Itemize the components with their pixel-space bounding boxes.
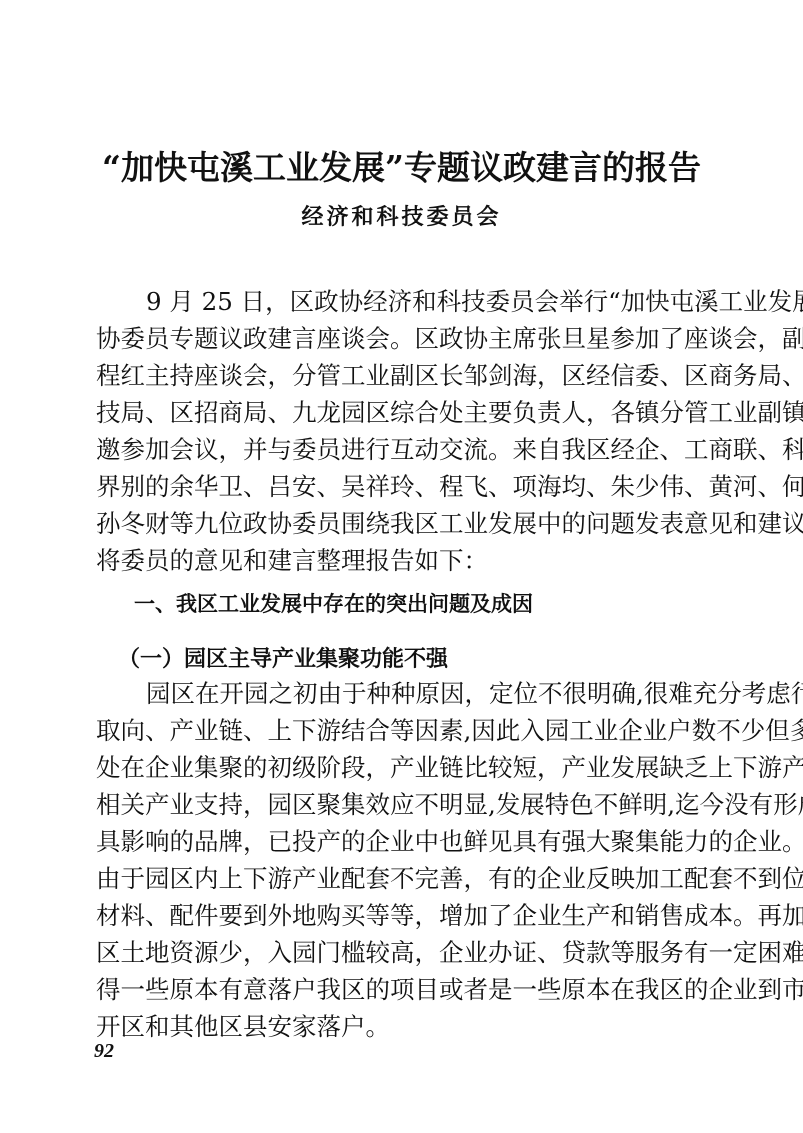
paragraph-line: 邀参加会议，并与委员进行互动交流。来自我区经企、工商联、科技等: [96, 435, 708, 465]
paragraph-line: 开区和其他区县安家落户。: [96, 1012, 708, 1042]
paragraph-line: 孙冬财等九位政协委员围绕我区工业发展中的问题发表意见和建议。现: [96, 509, 708, 539]
paragraph-line: 相关产业支持，园区聚集效应不明显,发展特色不鲜明,迄今没有形成极: [96, 790, 708, 820]
paragraph-line: 程红主持座谈会，分管工业副区长邹剑海，区经信委、区商务局、区科: [96, 361, 708, 391]
paragraph-line: 界别的余华卫、吕安、吴祥玲、程飞、项海均、朱少伟、黄河、何平洲、: [96, 472, 708, 502]
paragraph-line: 具影响的品牌，已投产的企业中也鲜见具有强大聚集能力的企业。同时，: [96, 827, 708, 857]
paragraph-line: 园区在开园之初由于种种原因，定位不很明确,很难充分考虑行业: [146, 679, 708, 709]
section-heading: 一、我区工业发展中存在的突出问题及成因: [134, 588, 533, 618]
paragraph-line: 材料、配件要到外地购买等等，增加了企业生产和销售成本。再加上园: [96, 901, 708, 931]
paragraph-line: 由于园区内上下游产业配套不完善，有的企业反映加工配套不到位，原: [96, 864, 708, 894]
paragraph-line: 取向、产业链、上下游结合等因素,因此入园工业企业户数不少但多还: [96, 716, 708, 746]
document-title: “加快屯溪工业发展”专题议政建言的报告: [0, 142, 803, 189]
paragraph-line: 得一些原本有意落户我区的项目或者是一些原本在我区的企业到市经: [96, 975, 708, 1005]
paragraph-line: 9 月 25 日，区政协经济和科技委员会举行“加快屯溪工业发展”政: [146, 287, 708, 317]
document-subtitle: 经济和科技委员会: [0, 200, 803, 231]
paragraph-line: 处在企业集聚的初级阶段，产业链比较短，产业发展缺乏上下游产业和: [96, 753, 708, 783]
paragraph-line: 协委员专题议政建言座谈会。区政协主席张旦星参加了座谈会，副主席: [96, 324, 708, 354]
paragraph-line: 区土地资源少，入园门槛较高，企业办证、贷款等服务有一定困难，使: [96, 938, 708, 968]
paragraph-line: 将委员的意见和建言整理报告如下：: [96, 546, 708, 576]
paragraph-line: 技局、区招商局、九龙园区综合处主要负责人，各镇分管工业副镇长应: [96, 398, 708, 428]
subsection-heading: （一）园区主导产业集聚功能不强: [118, 642, 448, 673]
page-number: 92: [94, 1040, 114, 1063]
